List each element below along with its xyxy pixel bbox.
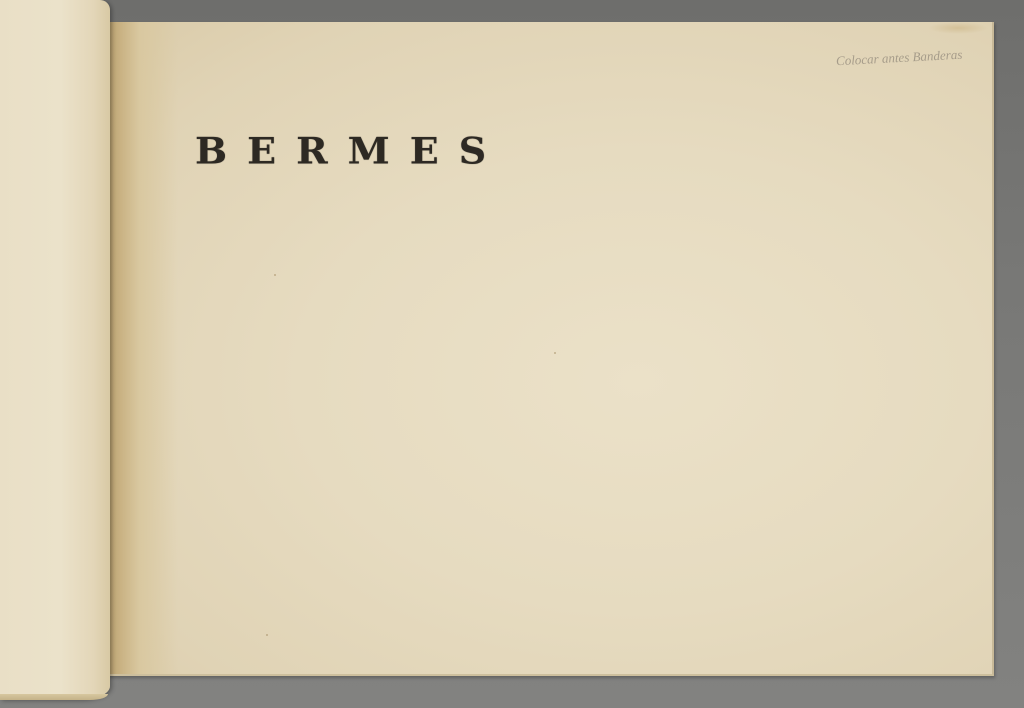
gutter-shadow	[108, 22, 178, 674]
paper-stain	[928, 22, 988, 34]
left-page	[0, 0, 110, 700]
right-page	[108, 22, 994, 676]
left-page-edge	[0, 694, 108, 700]
paper-speck	[554, 352, 556, 354]
paper-speck	[266, 634, 268, 636]
stencil-title: BERMES	[195, 129, 506, 172]
paper-speck	[274, 274, 276, 276]
photo-scene: BERMES Colocar antes Banderas	[0, 0, 1024, 708]
